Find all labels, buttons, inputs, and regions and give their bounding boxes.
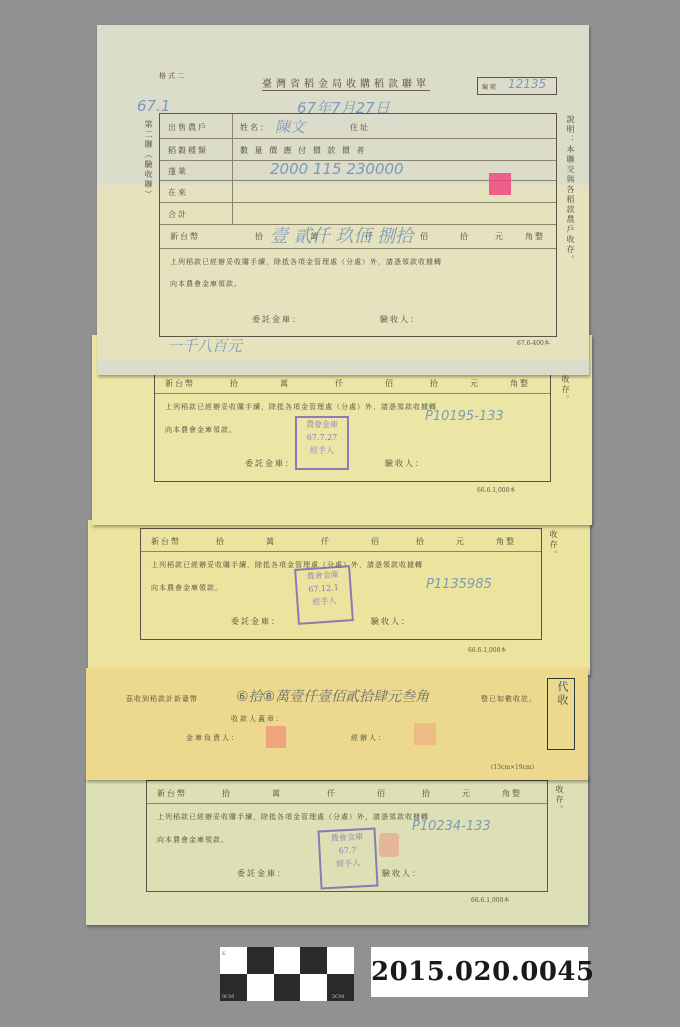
size-note: (13cm×19cm)	[491, 764, 534, 771]
row-label-total: 合計	[168, 209, 188, 220]
note-line-2: 向本農會金庫領款。	[157, 835, 229, 845]
form-table: 新台幣 拾 萬 仟 佰 拾 元 角整 上列稻款已經辦妥收購手續，除抵各項金管理處…	[146, 780, 548, 892]
color-scale-card: K 0CM 5CM	[220, 947, 354, 1001]
unit: 角整	[502, 788, 522, 799]
unit: 元	[456, 536, 466, 547]
row-label-zailai: 在來	[168, 187, 188, 198]
inspector-label: 驗收人：	[371, 616, 411, 627]
quantity-values: 2000 115 230000	[270, 160, 404, 178]
account-number: P10195-133	[425, 409, 504, 424]
unit: 拾	[430, 378, 440, 389]
treasury-label: 委託金庫：	[252, 314, 302, 325]
address-label: 住址	[350, 122, 370, 133]
row-label-grain-type: 稻穀種類	[168, 145, 208, 156]
purple-seal: 農會金庫67.7.27經手人	[295, 416, 349, 470]
unit: 拾	[416, 536, 426, 547]
note-line-2: 向本農會金庫領款。	[151, 583, 223, 593]
handler-label: 經辦人：	[351, 733, 387, 743]
unit: 佰	[385, 378, 395, 389]
footnote: 67.6-400本	[517, 338, 550, 347]
inspector-label: 驗收人：	[380, 314, 420, 325]
unit: 元	[470, 378, 480, 389]
scale-top-label: K	[222, 951, 226, 957]
inspector-label: 驗收人：	[385, 458, 425, 469]
table-header: 數 量 價 應 付 價 款 價 者	[240, 145, 366, 156]
note-line: 上列稻款已經辦妥收購手續，除抵各項金管理處（分處）外，請憑領款收據轉	[165, 402, 437, 412]
amount-value: 壹 貳仟 玖佰 捌拾	[270, 222, 413, 248]
treasury-label: 委託金庫：	[245, 458, 295, 469]
side-note: 收存。	[554, 785, 565, 815]
inspector-label: 驗收人：	[382, 868, 422, 879]
form-table: 出售農戶 稻穀種類 蓬萊 在來 合計 姓名： 陳文 住址 數 量 價 應 付 價…	[159, 113, 557, 337]
total-label: 新台幣	[157, 788, 187, 799]
treasury-label: 委託金庫：	[237, 868, 287, 879]
footnote: 66.6.1,000本	[468, 645, 506, 654]
scale-right-label: 5CM	[332, 994, 344, 1000]
accession-number-label: 2015.020.0045	[371, 947, 588, 997]
unit: 仟	[321, 536, 331, 547]
unit: 拾	[230, 378, 240, 389]
unit: 拾	[460, 231, 470, 242]
name-value: 陳文	[275, 116, 305, 137]
unit: 角整	[496, 536, 516, 547]
unit: 萬	[280, 378, 290, 389]
account-number: P1135985	[426, 577, 492, 592]
note-line: 上列稻款已經辦妥收購手續，除抵各項金管理處（分處）外，請憑領款收據轉	[170, 257, 442, 267]
unit: 元	[495, 231, 505, 242]
note-line: 上列稻款已經辦妥收購手續，除抵各項金管理處（分處）外，請憑領款收據轉	[157, 812, 429, 822]
unit: 拾	[422, 788, 432, 799]
receipt-tail: 整已如數收訖。	[481, 694, 537, 704]
bottom-handwriting: 一千八百元	[167, 335, 242, 356]
form-title: 臺灣省稻金局收購稻款聯單	[262, 75, 430, 91]
top-receipt-form: 格式二 臺灣省稻金局收購稻款聯單 編號 12135 67.1 67年7月27日 …	[97, 25, 589, 375]
unit: 仟	[335, 378, 345, 389]
total-label: 新台幣	[165, 378, 195, 389]
yellow-receipt-form-2: 新台幣 拾 萬 仟 佰 拾 元 角整 上列稻款已經辦妥收購手續，除抵各項金管理處…	[88, 520, 590, 675]
receiver-label: 收款人蓋章：	[231, 714, 285, 724]
row-label-penglai: 蓬萊	[168, 166, 188, 177]
number-value: 12135	[508, 77, 546, 91]
receipt-amount-handwriting: ⑥拾⑧萬壹仟壹佰貳拾肆元叁角	[236, 686, 429, 706]
unit: 角整	[525, 231, 545, 242]
red-seal	[489, 173, 511, 195]
side-note: 說明：本聯交與各稻款農戶收存。	[565, 115, 576, 265]
side-stamp: 代收	[554, 681, 570, 707]
note-line: 上列稻款已經辦妥收購手續，除抵各項金管理處（分處）外，請憑領款收據轉	[151, 560, 423, 570]
bottom-receipt-form: 新台幣 拾 萬 仟 佰 拾 元 角整 上列稻款已經辦妥收購手續，除抵各項金管理處…	[86, 775, 588, 925]
treasury-label: 委託金庫：	[231, 616, 281, 627]
side-note: 收存。	[560, 375, 571, 405]
footnote: 66.6.1,000本	[471, 895, 509, 904]
total-label: 新台幣	[151, 536, 181, 547]
unit: 佰	[371, 536, 381, 547]
collection-stamp-box: 代收	[547, 678, 575, 750]
unit: 仟	[327, 788, 337, 799]
number-box: 編號 12135	[477, 77, 557, 95]
copy-label: 第二聯（驗收聯）	[143, 120, 154, 200]
name-label: 姓名：	[240, 122, 270, 133]
scale-left-label: 0CM	[222, 994, 234, 1000]
red-seal	[379, 833, 399, 857]
yellow-receipt-strip: 茲收到稻款計新臺幣 ⑥拾⑧萬壹仟壹佰貳拾肆元叁角 整已如數收訖。 收款人蓋章： …	[86, 668, 588, 780]
total-label: 新台幣	[170, 231, 200, 242]
unit: 佰	[377, 788, 387, 799]
purple-seal: 農會金庫67.7經手人	[317, 828, 378, 890]
unit: 拾	[216, 536, 226, 547]
annex-label: 格式二	[159, 71, 186, 81]
unit: 拾	[255, 231, 265, 242]
account-number: P10234-133	[412, 819, 491, 834]
red-seal	[266, 726, 286, 748]
row-label-farmer: 出售農戶	[168, 122, 208, 133]
unit: 萬	[272, 788, 282, 799]
side-note: 收存。	[548, 530, 559, 560]
number-label: 編號	[482, 82, 498, 91]
note-line-2: 向本農會金庫領款。	[165, 425, 237, 435]
purple-seal: 農會金庫67.12.1經手人	[294, 565, 354, 625]
unit: 拾	[222, 788, 232, 799]
unit: 萬	[266, 536, 276, 547]
unit: 元	[462, 788, 472, 799]
note-line-2: 向本農會金庫領款。	[170, 279, 242, 289]
footnote: 66.6.1,000本	[477, 485, 515, 494]
unit: 佰	[420, 231, 430, 242]
receipt-line: 茲收到稻款計新臺幣	[126, 694, 198, 704]
unit: 角整	[510, 378, 530, 389]
form-table: 新台幣 拾 萬 仟 佰 拾 元 角整 上列稻款已經辦妥收購手續，除抵各項金管理處…	[154, 370, 551, 482]
form-table: 新台幣 拾 萬 仟 佰 拾 元 角整 上列稻款已經辦妥收購手續，除抵各項金管理處…	[140, 528, 542, 640]
red-seal	[414, 723, 436, 745]
treasury-head-label: 金庫負責人：	[186, 733, 240, 743]
